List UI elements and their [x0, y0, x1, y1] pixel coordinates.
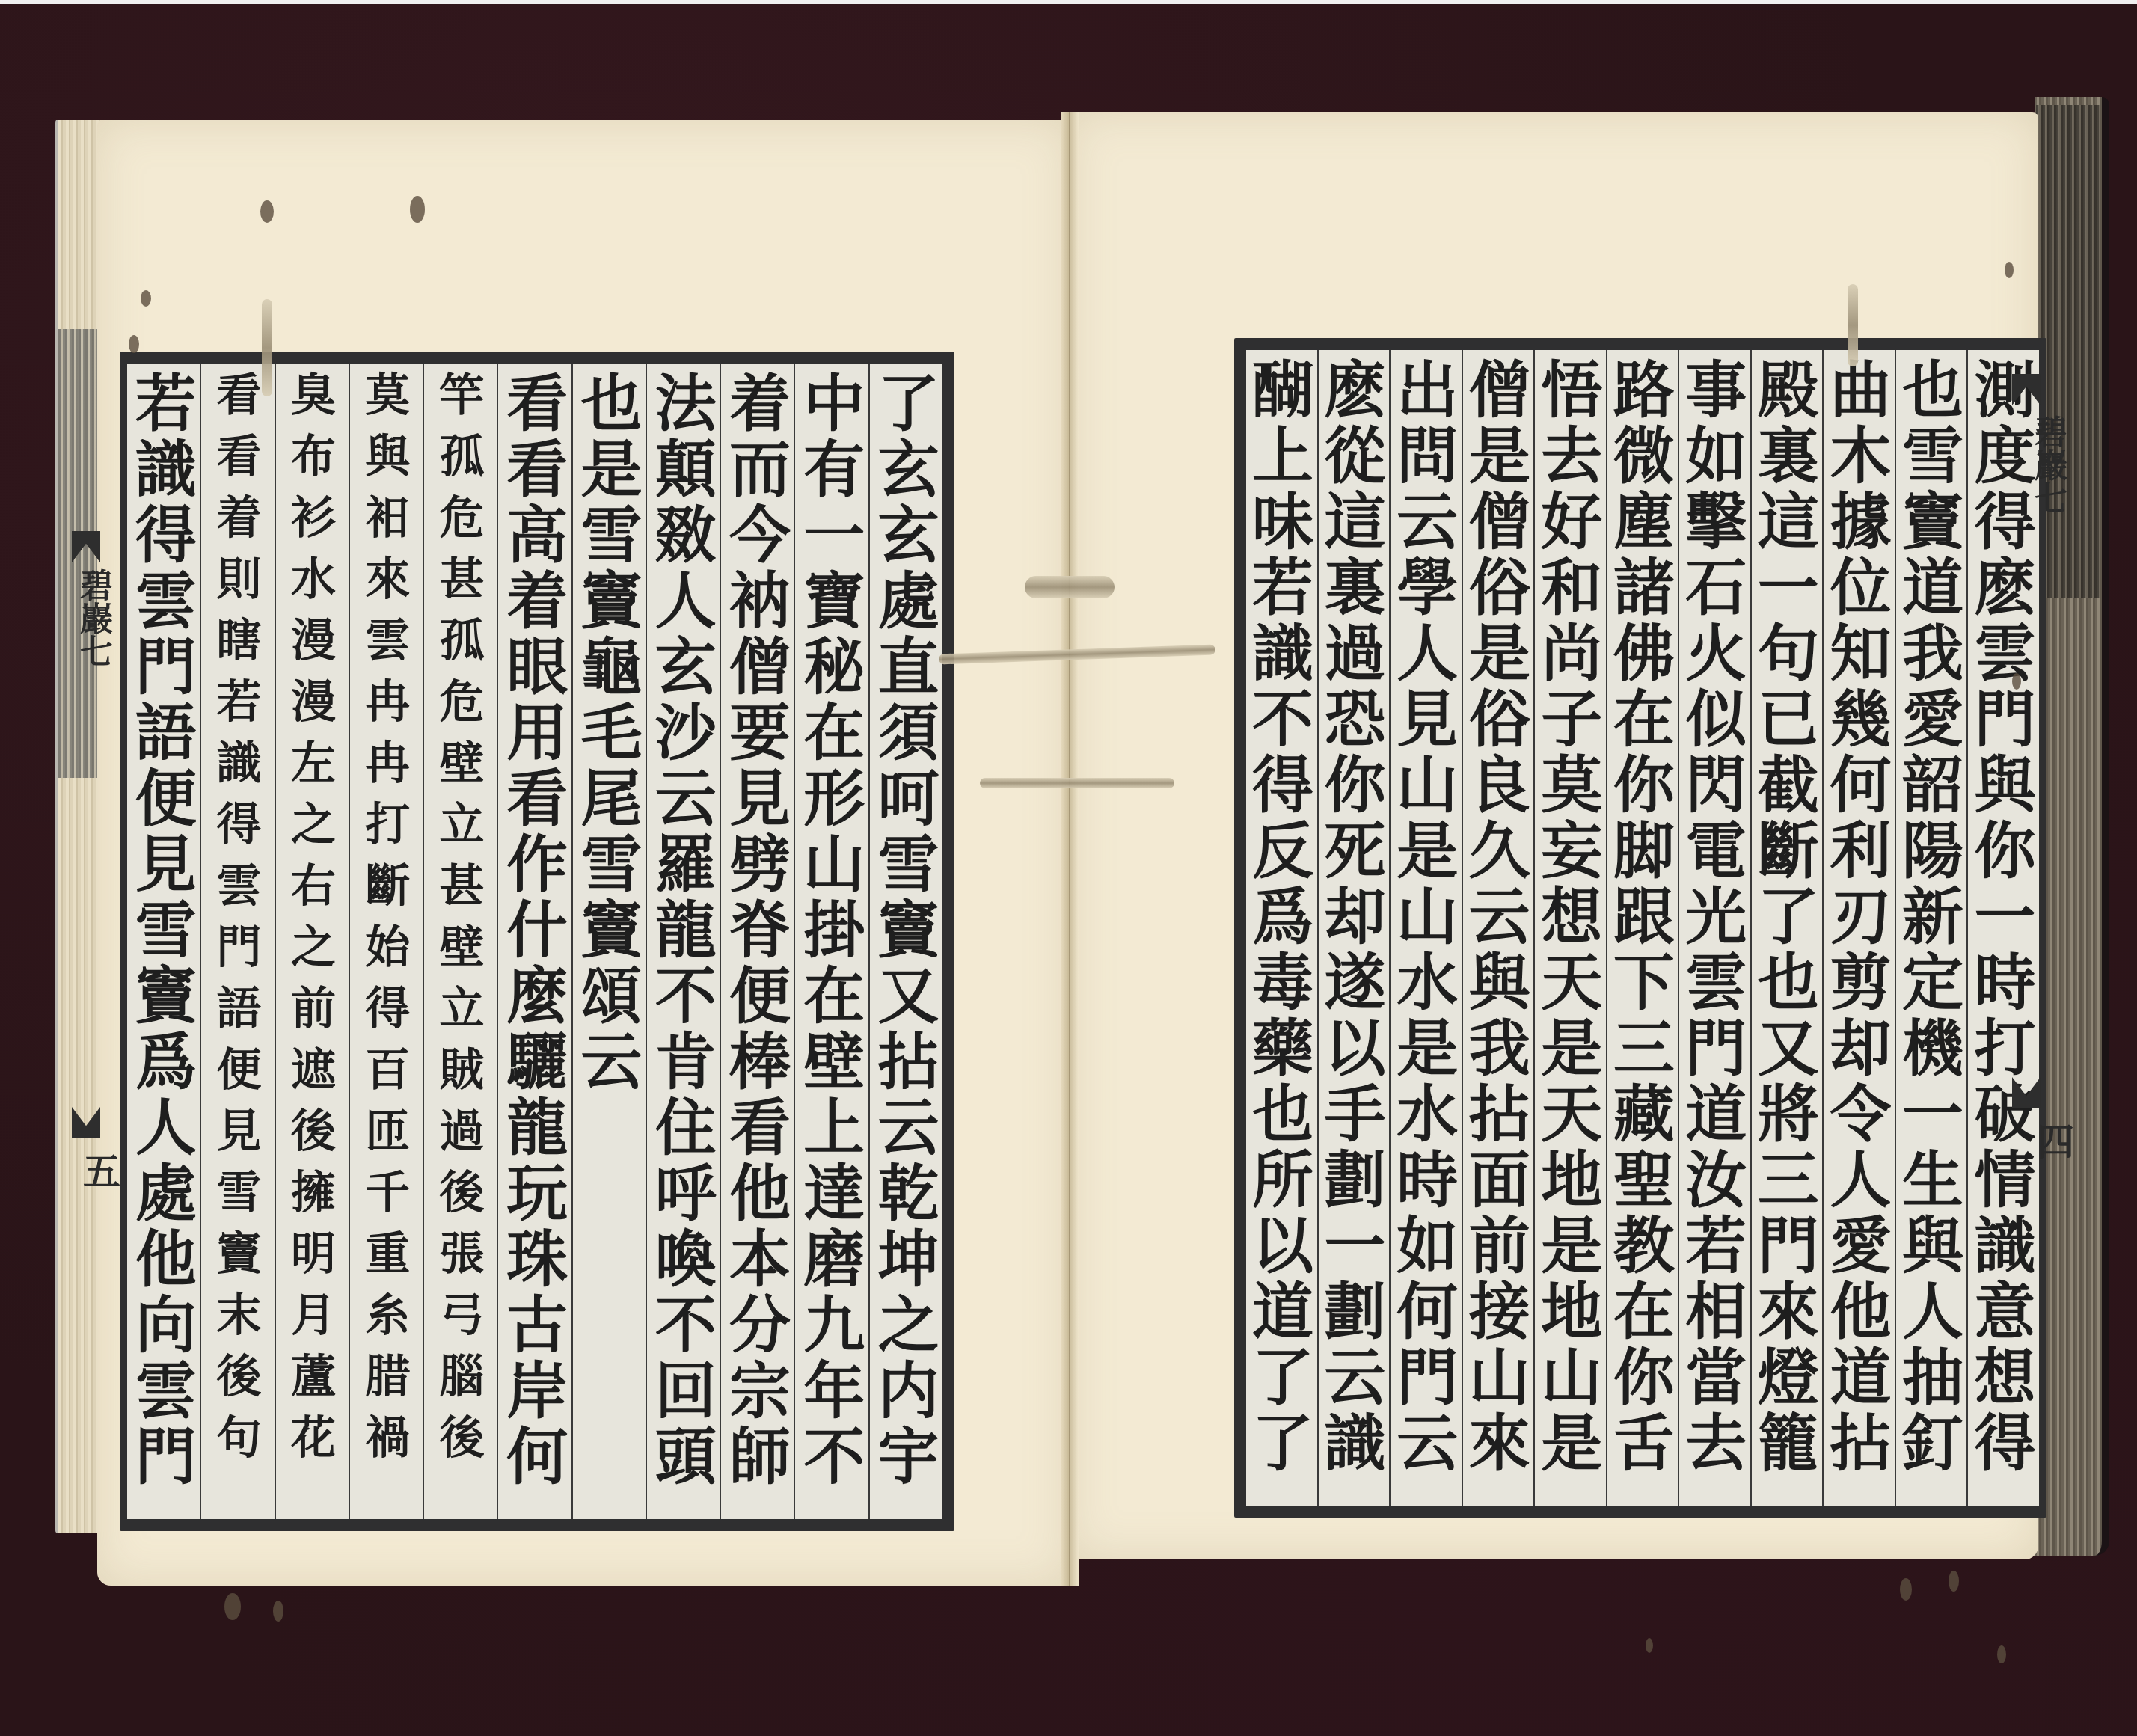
- page-number-left: 五: [72, 1152, 126, 1189]
- text-column: 出問云學人見山是山水是水時如何門云三門爲什: [1389, 350, 1462, 1506]
- verse-column: 看看着則瞎若識得雲門語便見雪竇末後句: [200, 364, 274, 1519]
- text-column: 悟去好和尚子莫妄想天是天地是地山是山水是水: [1533, 350, 1606, 1506]
- left-text-frame: 了玄玄處直須呵雪竇又拈云乾坤之内宇宙之間 中有一寶秘在形山掛在壁上達磨九年不敢正…: [120, 352, 954, 1531]
- image-top-border: [0, 0, 2137, 4]
- wormhole-stain: [1997, 1645, 2006, 1663]
- verse-column: 臭布衫水漫漫左之右之前遮後擁明月蘆花君自: [275, 364, 349, 1519]
- wormhole-stain: [410, 196, 425, 223]
- text-column: 也雪竇道我愛韶陽新定機一生與人抽釘拔楔又云: [1895, 350, 1967, 1506]
- text-column: 測度得麽雲門與你一時打破情識意想得失是非了: [1966, 350, 2039, 1506]
- text-column: 麽從這裏過恐你死却遂以手劃一劃云識得時是醍: [1317, 350, 1390, 1506]
- text-column: 看看高着眼用看作什麼驪龍玩珠古岸何人把釣: [497, 364, 571, 1519]
- text-column: 曲木據位知幾何利刃剪却令人愛他道拈燈籠向佛: [1822, 350, 1895, 1506]
- binding-thread: [1848, 284, 1858, 366]
- text-column: 中有一寶秘在形山掛在壁上達磨九年不敢正眼覷: [794, 364, 868, 1519]
- text-column: 法顛敪人玄沙云羅龍不肯住呼喚不回頭雖然恁麼: [646, 364, 720, 1519]
- wormhole-stain: [260, 200, 274, 223]
- binding-thread: [980, 778, 1174, 788]
- text-column: 醐上味若識不得反爲毒藥也所以道了了了時無可: [1246, 350, 1317, 1506]
- wormhole-stain: [129, 335, 139, 353]
- wormhole-stain: [273, 1601, 283, 1622]
- text-column: 若識得雲門語便見雪竇爲人處他向雲門示衆後面: [127, 364, 200, 1519]
- text-column: 着而今衲僧要見劈脊便棒看他本分宗師終不將寶: [720, 364, 794, 1519]
- right-text-frame: 測度得麽雲門與你一時打破情識意想得失是非了 也雪竇道我愛韶陽新定機一生與人抽釘拔…: [1234, 338, 2046, 1518]
- text-column: 路微塵諸佛在你脚跟下三藏聖教在你舌頭上不如: [1606, 350, 1678, 1506]
- text-column: 了玄玄處直須呵雪竇又拈云乾坤之内宇宙之間: [868, 364, 942, 1519]
- binding-thread-knot: [1025, 576, 1115, 598]
- text-column: 僧是僧俗是俗良久云與我拈面前接山來看便有僧: [1462, 350, 1534, 1506]
- wormhole-stain: [1900, 1578, 1912, 1601]
- wormhole-stain: [224, 1593, 241, 1620]
- book-gutter: [1061, 112, 1079, 1586]
- verse-column: 竿孤危甚孤危壁立甚壁立賊過後張弓腦後見腮: [423, 364, 497, 1519]
- wormhole-stain: [2012, 673, 2021, 690]
- verse-column: 莫與衵來雲冉冉打斷始得百匝千重糸腊禍子鷂: [349, 364, 423, 1519]
- wormhole-stain: [2005, 262, 2014, 278]
- binding-thread: [262, 299, 272, 396]
- wormhole-stain: [1949, 1571, 1959, 1592]
- fold-title-left: 碧巖七: [69, 568, 117, 667]
- text-column: 事如擊石火似閃電光雲門道汝若相當去且覓箇入: [1678, 350, 1750, 1506]
- wormhole-stain: [141, 290, 151, 307]
- wormhole-stain: [1646, 1638, 1653, 1653]
- text-column: 殿裏這一句已截斷了也又將三門來燈籠上若論此: [1750, 350, 1823, 1506]
- page-number-right: 四: [2026, 1122, 2079, 1159]
- text-column: 也是雪竇龜毛尾雪竇頌云: [571, 364, 646, 1519]
- fold-title-right: 碧巖七: [2023, 415, 2071, 514]
